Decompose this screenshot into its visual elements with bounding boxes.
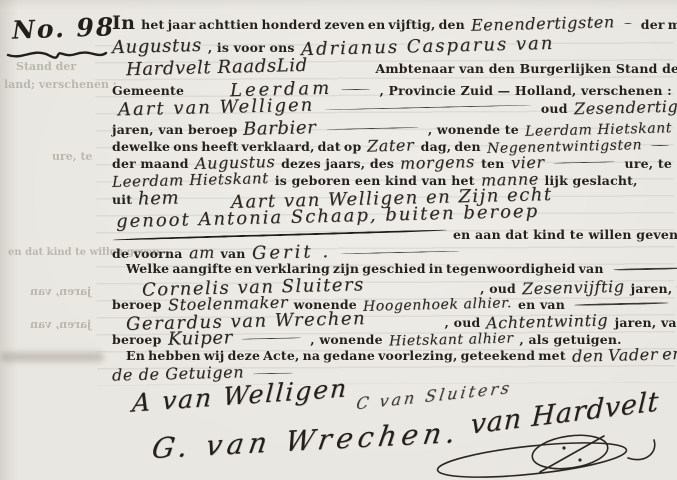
ink-underline [651, 145, 669, 146]
printed-text: jaren, van beroep [112, 122, 237, 137]
bleedthrough-text: jaren, van [30, 318, 91, 331]
signature-witness-2: G. van Wrechen. [150, 416, 463, 465]
act-number: No. 98 [12, 12, 116, 45]
ink-underline [323, 105, 532, 111]
ink-underline [553, 161, 615, 163]
handwritten-text: Eenendertigsten [471, 12, 615, 35]
printed-text: Gemeente [112, 83, 184, 98]
printed-text: dewelke ons heeft verklaard, dat op [112, 139, 361, 154]
ink-underline [624, 23, 632, 24]
printed-text: , Provincie Zuid — Holland, verschenen : [379, 83, 672, 98]
ink-underline [241, 337, 301, 339]
handwritten-text: Zesendertig [573, 97, 677, 119]
printed-text: En hebben wij deze Acte, na gedane voorl… [126, 348, 566, 363]
printed-text: ure, te [625, 156, 672, 171]
handwritten-text: Augustus [112, 35, 202, 58]
printed-text: de voorna [112, 246, 183, 261]
bleedthrough-text: Stand der [16, 60, 76, 73]
handwritten-text: Aart van Welligen [118, 95, 315, 121]
printed-text: oud [541, 101, 568, 116]
handwritten-text: den Vader en bei [572, 343, 677, 365]
ink-underline [340, 251, 460, 255]
bleedthrough-smudge [0, 352, 104, 362]
printed-text: van [220, 246, 245, 261]
ink-stroke [112, 229, 447, 240]
act-line-3: Hardvelt RaadsLid Ambtenaar van den Burg… [112, 57, 677, 78]
act-line-13: de voorna am van Gerit . [112, 242, 672, 263]
act-line-20: de de Getuigen [112, 364, 672, 383]
printed-text: uit [112, 192, 132, 207]
ink-underline [341, 89, 370, 91]
handwritten-text: Hardvelt RaadsLid [126, 55, 308, 80]
act-line-14: Welke aangifte en verklaring zijn geschi… [112, 261, 677, 276]
act-line-11: genoot Antonia Schaap, buiten beroep [112, 206, 676, 227]
ink-underline [326, 127, 419, 130]
printed-text: en aan dat kind te willen geven [453, 227, 677, 242]
act-line-5: Aart van Welligen oud Zesendertig [112, 97, 677, 118]
printed-text: en van [518, 297, 565, 312]
bleedthrough-text: land; verschenen : [4, 78, 117, 91]
handwritten-text: am [188, 243, 214, 263]
printed-text: Ambtenaar van den Burgerlijken Stand der [375, 61, 677, 76]
bleedthrough-text: ure, te [52, 150, 93, 163]
registrar-signature-flourish [432, 430, 664, 480]
printed-text: Welke aangifte en verklaring zijn geschi… [126, 261, 604, 276]
printed-text: , is voor ons [208, 40, 295, 55]
act-line-12: en aan dat kind te willen geven [112, 227, 672, 242]
act-line-9: Leerdam Hietskant is geboren een kind va… [112, 170, 672, 189]
act-line-2: Augustus , is voor ons Adrianus Casparus… [112, 36, 672, 57]
ink-underline [253, 373, 293, 375]
printed-text: der maand [112, 156, 189, 171]
printed-text: het jaar achttien honderd zeven en vijft… [141, 17, 465, 32]
printed-text: , wonende te [428, 122, 519, 137]
printed-text: lijk geslacht, [544, 173, 637, 188]
birth-certificate-scan: No. 98 Stand der land; verschenen : ure,… [0, 0, 677, 480]
ink-stroke [613, 267, 677, 271]
act-line-1: In het jaar achttien honderd zeven en vi… [112, 14, 672, 33]
printed-text: ten [481, 156, 504, 171]
act-line-19: En hebben wij deze Acte, na gedane voorl… [112, 345, 677, 364]
bleedthrough-text: jaren, van [30, 285, 91, 298]
printed-text: der maand [641, 17, 677, 32]
handwritten-text: Adrianus Casparus van [300, 33, 554, 60]
printed-text: dezes jaars, des [281, 156, 394, 171]
printed-text: beroep [112, 297, 162, 312]
printed-text: In [112, 18, 135, 28]
ink-stroke [574, 301, 669, 305]
